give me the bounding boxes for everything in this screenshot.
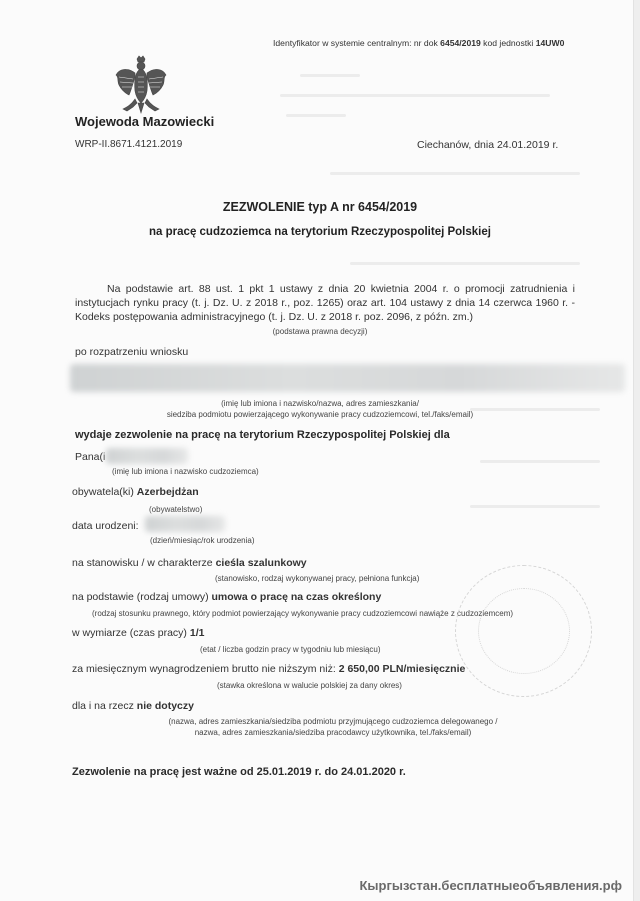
birth-date-label: data urodzeni:: [72, 520, 139, 532]
page-edge: [633, 0, 640, 901]
document-title: ZEZWOLENIE typ A nr 6454/2019: [0, 200, 640, 214]
bleed-through-text: [280, 94, 550, 97]
salary-value: 2 650,00 PLN/miesięcznie: [339, 663, 466, 675]
on-behalf-caption-2: nazwa, adres zamieszkania/siedziba praco…: [0, 728, 640, 737]
official-stamp-inner: [478, 588, 570, 674]
watermark: Кыргызстан.бесплатныеобъявления.рф: [360, 878, 623, 893]
salary-caption: (stawka określona w walucie polskiej za …: [217, 681, 402, 690]
place-and-date: Ciechanów, dnia 24.01.2019 r.: [417, 139, 558, 151]
on-behalf-row: dla i na rzecz nie dotyczy: [72, 700, 194, 712]
foreigner-name-label: Pana(i: [75, 451, 105, 463]
system-identifier: Identyfikator w systemie centralnym: nr …: [273, 38, 564, 48]
birth-date-caption: (dzień/miesiąc/rok urodzenia): [150, 536, 255, 545]
bleed-through-text: [350, 262, 580, 265]
validity-statement: Zezwolenie na pracę jest ważne od 25.01.…: [72, 766, 406, 778]
applicant-caption-2: siedziba podmiotu powierzającego wykonyw…: [0, 410, 640, 419]
legal-basis-paragraph: Na podstawie art. 88 ust. 1 pkt 1 ustawy…: [75, 282, 575, 324]
worktime-row: w wymiarze (czas pracy) 1/1: [72, 627, 204, 639]
legal-basis-caption: (podstawa prawna decyzji): [0, 327, 640, 336]
applicant-caption-1: (imię lub imiona i nazwisko/nazwa, adres…: [0, 399, 640, 408]
on-behalf-value: nie dotyczy: [137, 700, 194, 712]
document-subtitle: na pracę cudzoziemca na terytorium Rzecz…: [0, 226, 640, 238]
salary-row: za miesięcznym wynagrodzeniem brutto nie…: [72, 663, 465, 675]
citizenship-row: obywatela(ki) Azerbejdżan: [72, 486, 199, 498]
grant-statement: wydaje zezwolenie na pracę na terytorium…: [75, 429, 450, 441]
position-value: cieśla szalunkowy: [216, 557, 307, 569]
worktime-value: 1/1: [190, 627, 205, 639]
bleed-through-text: [330, 172, 580, 175]
bleed-through-text: [480, 460, 600, 463]
case-reference: WRP-II.8671.4121.2019: [75, 139, 182, 150]
contract-row: na podstawie (rodzaj umowy) umowa o prac…: [72, 591, 381, 603]
worktime-caption: (etat / liczba godzin pracy w tygodniu l…: [200, 645, 381, 654]
position-caption: (stanowisko, rodzaj wykonywanej pracy, p…: [215, 574, 419, 583]
citizenship-value: Azerbejdżan: [137, 486, 199, 498]
redacted-foreigner-name: [106, 448, 188, 464]
document-page: Identyfikator w systemie centralnym: nr …: [0, 0, 640, 901]
redacted-birth-date: [145, 516, 225, 532]
polish-eagle-emblem-icon: [113, 55, 169, 115]
bleed-through-text: [286, 114, 346, 117]
citizenship-caption: (obywatelstwo): [149, 505, 202, 514]
contract-value: umowa o pracę na czas określony: [211, 591, 381, 603]
application-label: po rozpatrzeniu wniosku: [75, 346, 188, 358]
contract-caption: (rodzaj stosunku prawnego, który podmiot…: [92, 609, 513, 618]
on-behalf-caption-1: (nazwa, adres zamieszkania/siedziba podm…: [0, 717, 640, 726]
redacted-applicant-details: [70, 364, 625, 392]
bleed-through-text: [470, 505, 600, 508]
issuer-name: Wojewoda Mazowiecki: [75, 114, 214, 129]
position-row: na stanowisku / w charakterze cieśla sza…: [72, 557, 307, 569]
bleed-through-text: [300, 74, 360, 77]
foreigner-name-caption: (imię lub imiona i nazwisko cudzoziemca): [112, 467, 259, 476]
